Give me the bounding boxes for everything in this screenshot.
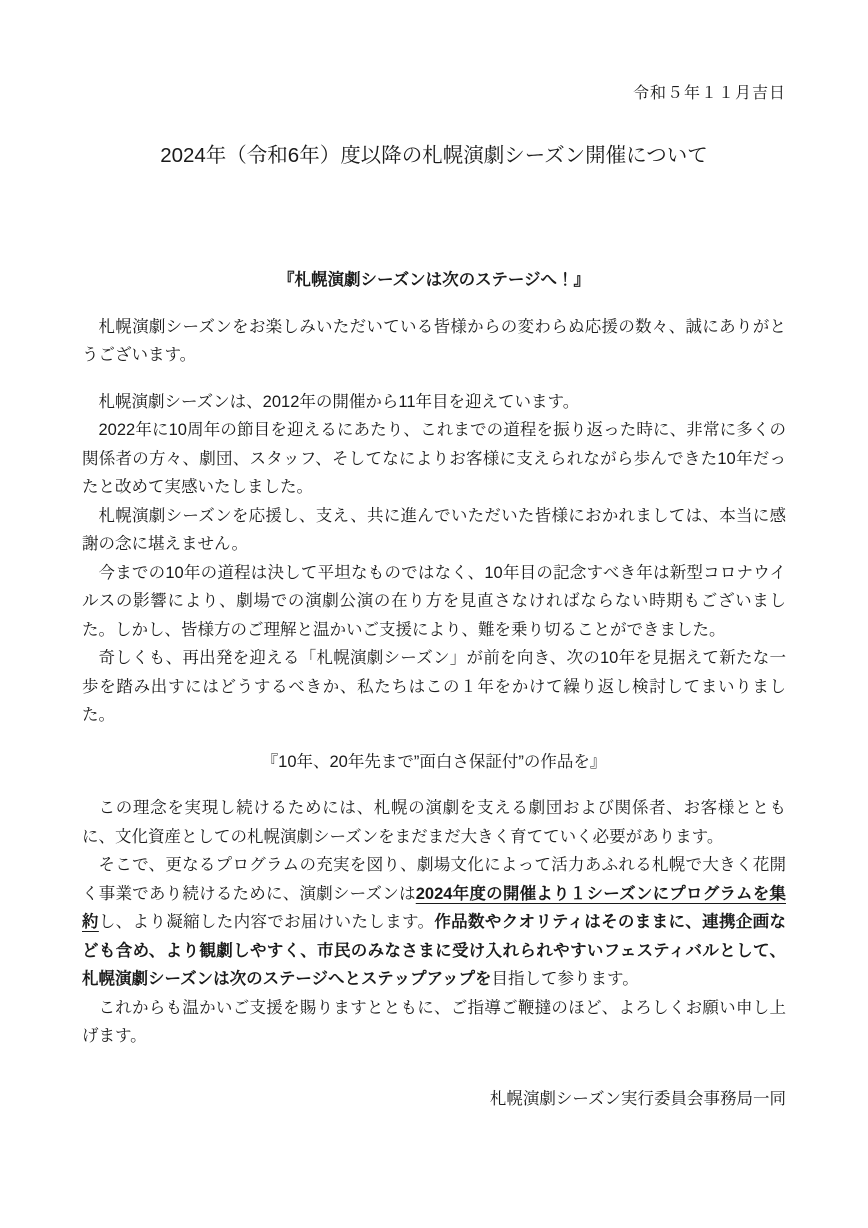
body-paragraph: この理念を実現し続けるためには、札幌の演劇を支える劇団および関係者、お客様ととも… xyxy=(82,794,786,851)
body-paragraph: 札幌演劇シーズンをお楽しみいただいている皆様からの変わらぬ応援の数々、誠にありが… xyxy=(82,313,786,370)
body-paragraph: 札幌演劇シーズンを応援し、支え、共に進んでいただいた皆様におかれましては、本当に… xyxy=(82,502,786,559)
body-paragraph: 2022年に10周年の節目を迎えるにあたり、これまでの道程を振り返った時に、非常… xyxy=(82,416,786,502)
body-paragraph: 奇しくも、再出発を迎える「札幌演劇シーズン」が前を向き、次の10年を見据えて新た… xyxy=(82,644,786,730)
text-run: 奇しくも、再出発を迎える「札幌演劇シーズン」が前を向き、次の10年を見据えて新た… xyxy=(82,649,786,724)
body-paragraph: 今までの10年の道程は決して平坦なものではなく、10年目の記念すべき年は新型コロ… xyxy=(82,559,786,645)
signature: 札幌演劇シーズン実行委員会事務局一同 xyxy=(82,1085,786,1114)
text-run: これからも温かいご支援を賜りますとともに、ご指導ご鞭撻のほど、よろしくお願い申し… xyxy=(82,999,786,1046)
document-body: 『札幌演劇シーズンは次のステージへ！』札幌演劇シーズンをお楽しみいただいている皆… xyxy=(82,266,786,1051)
section-heading: 『10年、20年先まで”面白さ保証付”の作品を』 xyxy=(82,748,786,777)
section-heading: 『札幌演劇シーズンは次のステージへ！』 xyxy=(82,266,786,295)
document-page: 令和５年１１月吉日 2024年（令和6年）度以降の札幌演劇シーズン開催について … xyxy=(0,0,868,1228)
document-date: 令和５年１１月吉日 xyxy=(82,84,786,104)
text-run: 目指して参ります。 xyxy=(492,970,639,988)
text-run: この理念を実現し続けるためには、札幌の演劇を支える劇団および関係者、お客様ととも… xyxy=(82,799,786,846)
text-run: し、より凝縮した内容でお届けいたします。 xyxy=(99,913,435,931)
text-run: 札幌演劇シーズンをお楽しみいただいている皆様からの変わらぬ応援の数々、誠にありが… xyxy=(82,318,786,365)
body-paragraph: そこで、更なるプログラムの充実を図り、劇場文化によって活力あふれる札幌で大きく花… xyxy=(82,851,786,994)
text-run: 2022年に10周年の節目を迎えるにあたり、これまでの道程を振り返った時に、非常… xyxy=(82,421,786,496)
document-title: 2024年（令和6年）度以降の札幌演劇シーズン開催について xyxy=(82,143,786,169)
body-paragraph: これからも温かいご支援を賜りますとともに、ご指導ご鞭撻のほど、よろしくお願い申し… xyxy=(82,994,786,1051)
text-run: 今までの10年の道程は決して平坦なものではなく、10年目の記念すべき年は新型コロ… xyxy=(82,564,786,639)
text-run: 札幌演劇シーズンは、2012年の開催から11年目を迎えています。 xyxy=(99,393,580,411)
body-paragraph: 札幌演劇シーズンは、2012年の開催から11年目を迎えています。 xyxy=(82,388,786,417)
text-run: 札幌演劇シーズンを応援し、支え、共に進んでいただいた皆様におかれましては、本当に… xyxy=(82,507,786,554)
